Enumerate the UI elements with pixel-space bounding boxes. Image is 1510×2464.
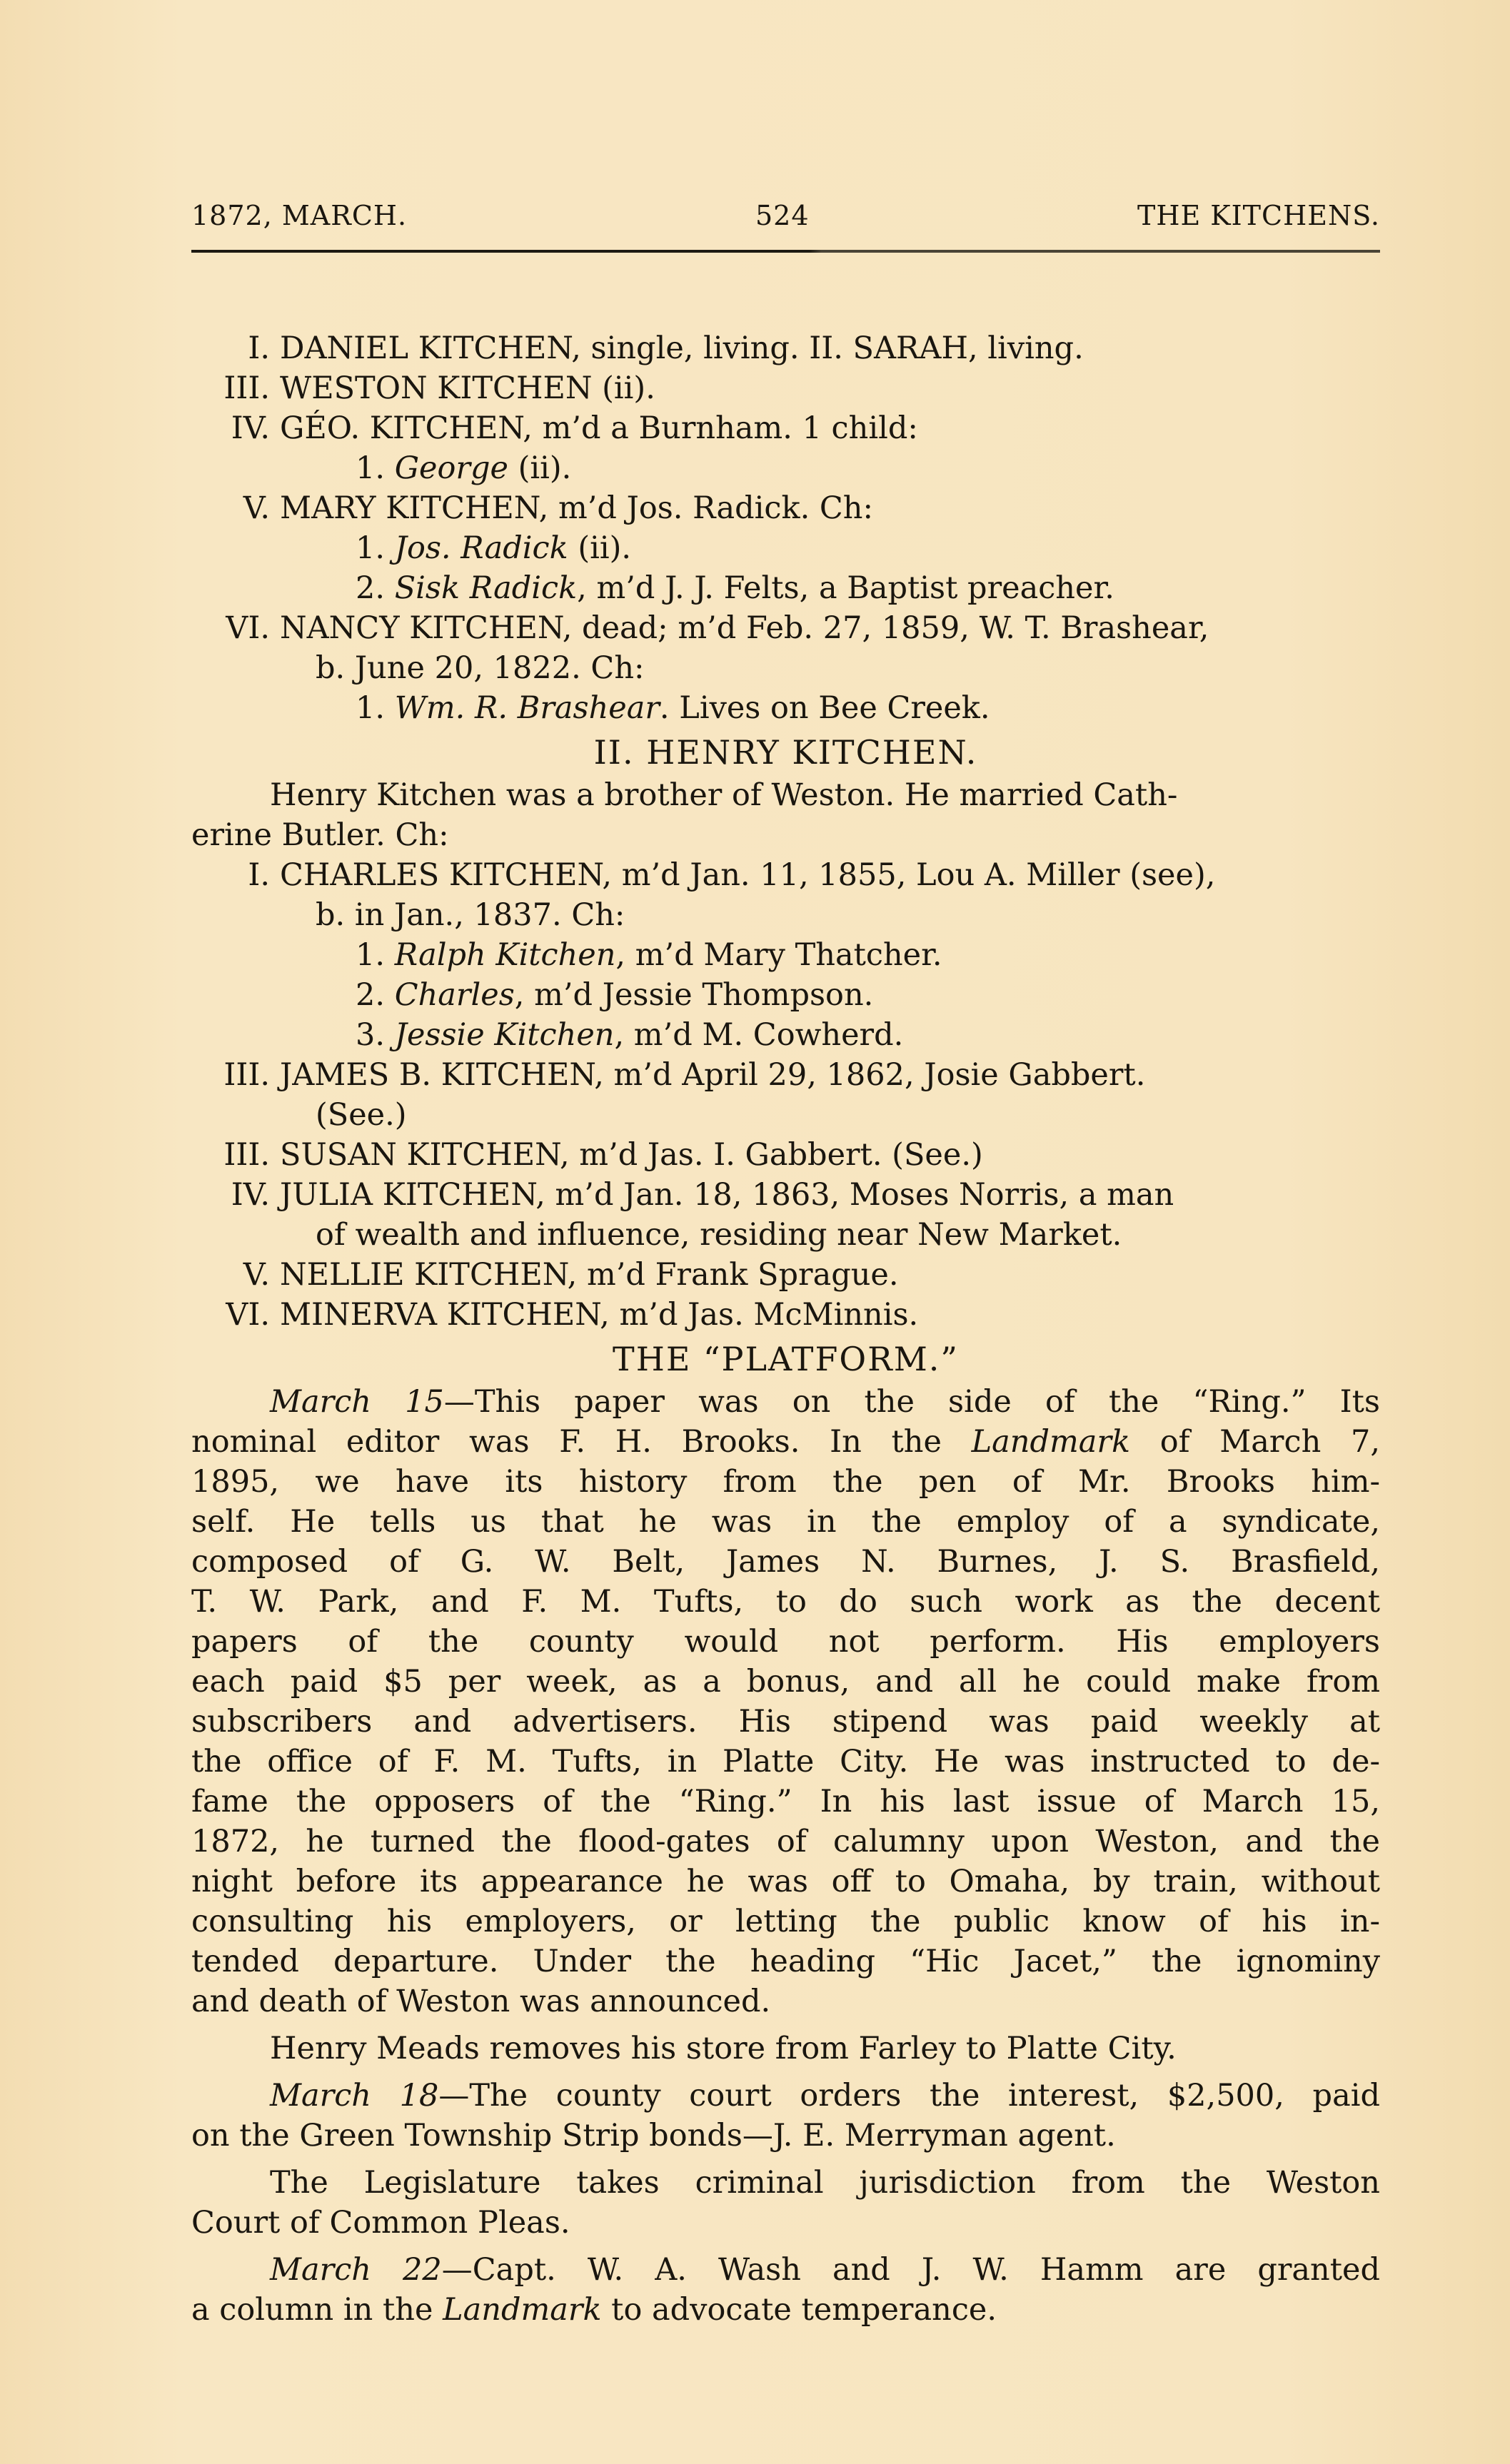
roman-numeral: III. [191,368,280,408]
page-number: 524 [755,200,810,231]
section-heading-platform: THE “PLATFORM.” [191,1339,1380,1379]
roman-numeral: I. [191,855,280,895]
genealogy-entry: VI.MINERVA KITCHEN, m’d Jas. McMinnis. [191,1295,1380,1335]
child-name: Sisk Radick [395,570,577,606]
roman-numeral: I. [191,328,280,368]
genealogy-entry: III.JAMES B. KITCHEN, m’d April 29, 1862… [191,1055,1380,1095]
entry-text: DANIEL KITCHEN, single, living. II. SARA… [280,330,1084,366]
roman-numeral: VI. [191,1295,280,1335]
text-line: papers of the county would not perform. … [191,1622,1380,1662]
date-label: March 18 [270,2078,438,2114]
text-line: The Legislature takes criminal jurisdict… [191,2163,1380,2203]
entry-continuation: b. in Jan., 1837. Ch: [191,895,1380,935]
child-details: (ii). [508,450,571,486]
text-line: each paid $5 per week, as a bonus, and a… [191,1662,1380,1702]
child-number: 1. [356,937,385,973]
newspaper-title: Landmark [443,2292,601,2328]
section-heading-henry-kitchen: II. HENRY KITCHEN. [191,732,1380,772]
entry-text: NELLIE KITCHEN, m’d Frank Sprague. [280,1257,899,1293]
text-line: fame the opposers of the “Ring.” In his … [191,1782,1380,1822]
entry-text: MINERVA KITCHEN, m’d Jas. McMinnis. [280,1297,918,1333]
book-page: 1872, MARCH. 524 THE KITCHENS. I.DANIEL … [191,200,1380,2330]
intro-line: erine Butler. Ch: [191,815,1380,855]
child-number: 2. [356,570,385,606]
text-line: 1872, he turned the flood-gates of calum… [191,1822,1380,1862]
child-entry: 2. Charles, m’d Jessie Thompson. [191,975,1380,1015]
text-line: 1895, we have its history from the pen o… [191,1462,1380,1502]
entry-text: CHARLES KITCHEN, m’d Jan. 11, 1855, Lou … [280,857,1215,893]
child-entry: 1. Jos. Radick (ii). [191,528,1380,568]
child-number: 1. [356,530,385,566]
entry-text: NANCY KITCHEN, dead; m’d Feb. 27, 1859, … [280,610,1209,646]
genealogy-entry: III.SUSAN KITCHEN, m’d Jas. I. Gabbert. … [191,1135,1380,1175]
text-line: and death of Weston was announced. [191,1981,1380,2021]
child-details: , m’d M. Cowherd. [614,1017,903,1053]
child-name: Charles [395,977,515,1013]
text-line: night before its appearance he was off t… [191,1862,1380,1902]
roman-numeral: IV. [191,408,280,448]
running-head-title: THE KITCHENS. [1137,200,1380,231]
header-rule [191,250,1380,253]
roman-numeral: III. [191,1055,280,1095]
roman-numeral: III. [191,1135,280,1175]
text-line: March 15—This paper was on the side of t… [191,1382,1380,1422]
text-line: a column in the Landmark to advocate tem… [191,2290,1380,2330]
child-number: 1. [356,450,385,486]
child-entry: 1. Ralph Kitchen, m’d Mary Thatcher. [191,935,1380,975]
march-22-paragraph: March 22—Capt. W. A. Wash and J. W. Hamm… [191,2250,1380,2330]
text-line: tended departure. Under the heading “Hic… [191,1942,1380,1981]
roman-numeral: V. [191,488,280,528]
entry-text: MARY KITCHEN, m’d Jos. Radick. Ch: [280,490,873,526]
text-line: March 22—Capt. W. A. Wash and J. W. Hamm… [191,2250,1380,2290]
text-line: Court of Common Pleas. [191,2203,1380,2243]
entry-text: JULIA KITCHEN, m’d Jan. 18, 1863, Moses … [280,1177,1174,1213]
child-name: Ralph Kitchen [395,937,616,973]
genealogy-entry: V.NELLIE KITCHEN, m’d Frank Sprague. [191,1255,1380,1295]
child-entry: 3. Jessie Kitchen, m’d M. Cowherd. [191,1015,1380,1055]
entry-continuation: b. June 20, 1822. Ch: [191,648,1380,688]
child-entry: 2. Sisk Radick, m’d J. J. Felts, a Bapti… [191,568,1380,608]
text-line: Henry Meads removes his store from Farle… [191,2029,1380,2069]
page-body: I.DANIEL KITCHEN, single, living. II. SA… [191,328,1380,2330]
child-details: (ii). [568,530,631,566]
text-line: the office of F. M. Tufts, in Platte Cit… [191,1742,1380,1782]
text-line: composed of G. W. Belt, James N. Burnes,… [191,1542,1380,1582]
intro-line: Henry Kitchen was a brother of Weston. H… [191,775,1380,815]
genealogy-entry: VI.NANCY KITCHEN, dead; m’d Feb. 27, 185… [191,608,1380,648]
child-entry: 1. Wm. R. Brashear. Lives on Bee Creek. [191,688,1380,728]
genealogy-entry: IV.GÉO. KITCHEN, m’d a Burnham. 1 child: [191,408,1380,448]
text-line: consulting his employers, or letting the… [191,1902,1380,1942]
date-label: March 22 [270,2252,442,2288]
child-details: , m’d J. J. Felts, a Baptist preacher. [577,570,1114,606]
text-line: T. W. Park, and F. M. Tufts, to do such … [191,1582,1380,1622]
newspaper-title: Landmark [972,1424,1130,1460]
child-name: Jessie Kitchen [395,1017,615,1053]
genealogy-entry: V.MARY KITCHEN, m’d Jos. Radick. Ch: [191,488,1380,528]
text-line: March 18—The county court orders the int… [191,2076,1380,2116]
entry-text: GÉO. KITCHEN, m’d a Burnham. 1 child: [280,410,918,446]
entry-continuation: (See.) [191,1095,1380,1135]
entry-text: JAMES B. KITCHEN, m’d April 29, 1862, Jo… [280,1057,1145,1093]
march-18-paragraph: March 18—The county court orders the int… [191,2076,1380,2156]
platform-paragraph: March 15—This paper was on the side of t… [191,1382,1380,2021]
text-line: subscribers and advertisers. His stipend… [191,1702,1380,1742]
child-details: , m’d Mary Thatcher. [615,937,942,973]
entry-continuation: of wealth and influence, residing near N… [191,1215,1380,1255]
genealogy-entry: I.DANIEL KITCHEN, single, living. II. SA… [191,328,1380,368]
child-details: . Lives on Bee Creek. [660,690,990,726]
roman-numeral: V. [191,1255,280,1295]
running-head-date: 1872, MARCH. [191,200,407,231]
child-number: 1. [356,690,385,726]
child-number: 2. [356,977,385,1013]
genealogy-entry: III.WESTON KITCHEN (ii). [191,368,1380,408]
text-line: on the Green Township Strip bonds—J. E. … [191,2116,1380,2156]
child-details: , m’d Jessie Thompson. [515,977,874,1013]
roman-numeral: VI. [191,608,280,648]
child-number: 3. [356,1017,385,1053]
meads-paragraph: Henry Meads removes his store from Farle… [191,2029,1380,2069]
genealogy-entry: IV.JULIA KITCHEN, m’d Jan. 18, 1863, Mos… [191,1175,1380,1215]
text-line: nominal editor was F. H. Brooks. In the … [191,1422,1380,1462]
entry-text: SUSAN KITCHEN, m’d Jas. I. Gabbert. (See… [280,1137,983,1173]
legislature-paragraph: The Legislature takes criminal jurisdict… [191,2163,1380,2243]
genealogy-entry: I.CHARLES KITCHEN, m’d Jan. 11, 1855, Lo… [191,855,1380,895]
running-head: 1872, MARCH. 524 THE KITCHENS. [191,200,1380,243]
entry-text: WESTON KITCHEN (ii). [280,370,655,406]
roman-numeral: IV. [191,1175,280,1215]
child-name: Wm. R. Brashear [395,690,660,726]
child-entry: 1. George (ii). [191,448,1380,488]
child-name: Jos. Radick [395,530,568,566]
date-label: March 15 [270,1384,444,1420]
text-line: self. He tells us that he was in the emp… [191,1502,1380,1542]
child-name: George [395,450,508,486]
